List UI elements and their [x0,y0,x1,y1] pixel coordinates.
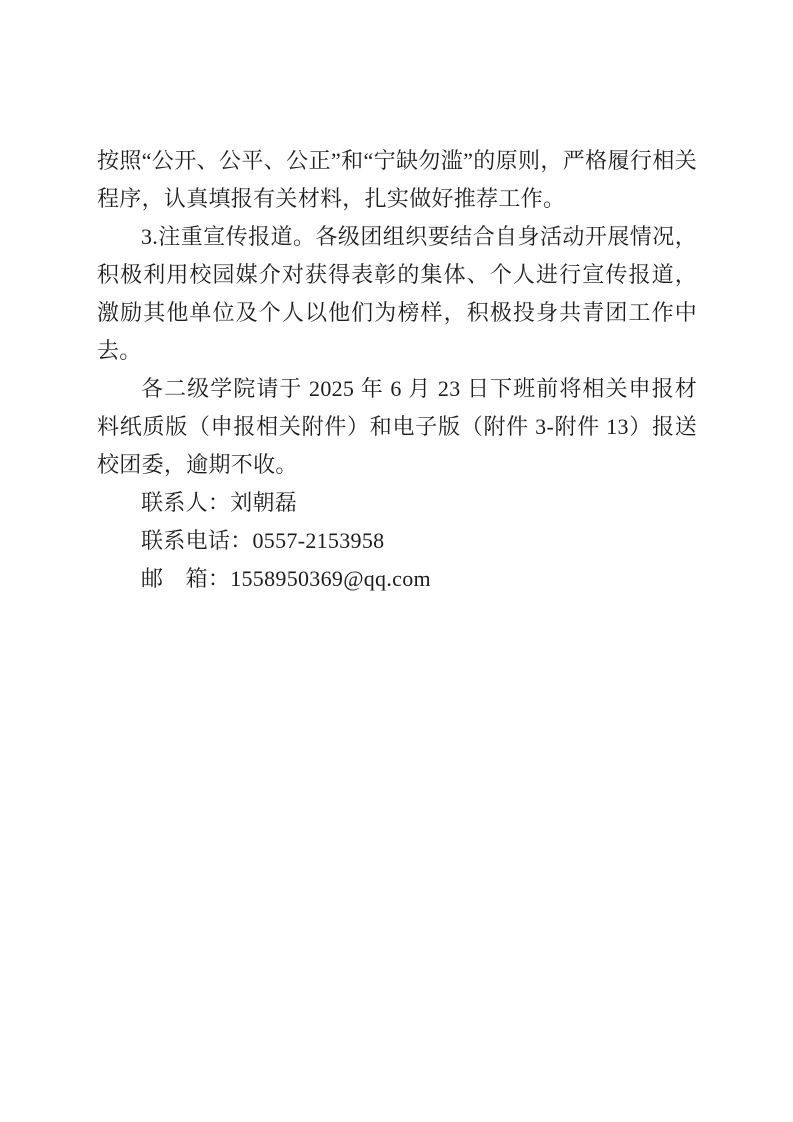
paragraph-deadline: 各二级学院请于 2025 年 6 月 23 日下班前将相关申报材料纸质版（申报相… [97,370,697,484]
paragraph-publicity: 3.注重宣传报道。各级团组织要结合自身活动开展情况，积极利用校园媒介对获得表彰的… [97,218,697,370]
document-body: 按照“公开、公平、公正”和“宁缺勿滥”的原则，严格履行相关程序，认真填报有关材料… [97,142,697,598]
contact-person-line: 联系人：刘朝磊 [97,484,697,522]
contact-email-line: 邮 箱：1558950369@qq.com [97,560,697,598]
contact-phone-line: 联系电话：0557-2153958 [97,522,697,560]
paragraph-principles: 按照“公开、公平、公正”和“宁缺勿滥”的原则，严格履行相关程序，认真填报有关材料… [97,142,697,218]
document-page: 按照“公开、公平、公正”和“宁缺勿滥”的原则，严格履行相关程序，认真填报有关材料… [0,0,793,1122]
